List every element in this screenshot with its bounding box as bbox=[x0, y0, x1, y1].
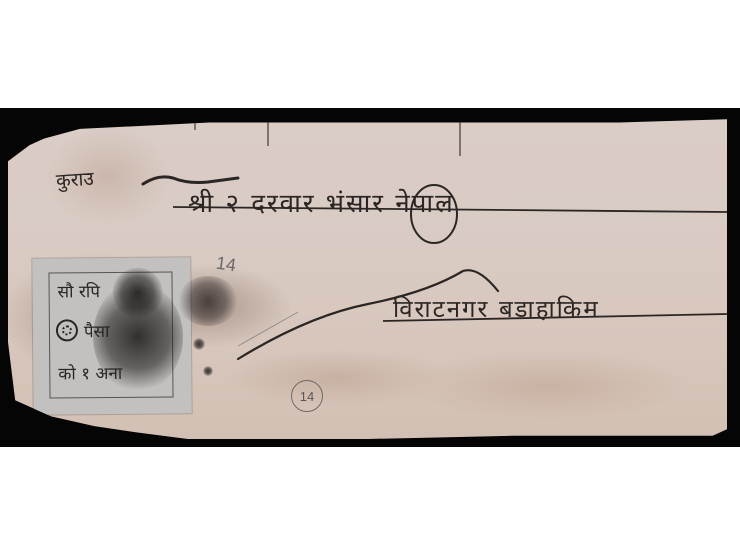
postal-cover: सौ रपि पैसा को १ अना कुराउ श्री २ दरवार … bbox=[8, 116, 727, 439]
photo-frame: सौ रपि पैसा को १ अना कुराउ श्री २ दरवार … bbox=[0, 108, 740, 447]
handwriting-strokes bbox=[8, 116, 727, 439]
